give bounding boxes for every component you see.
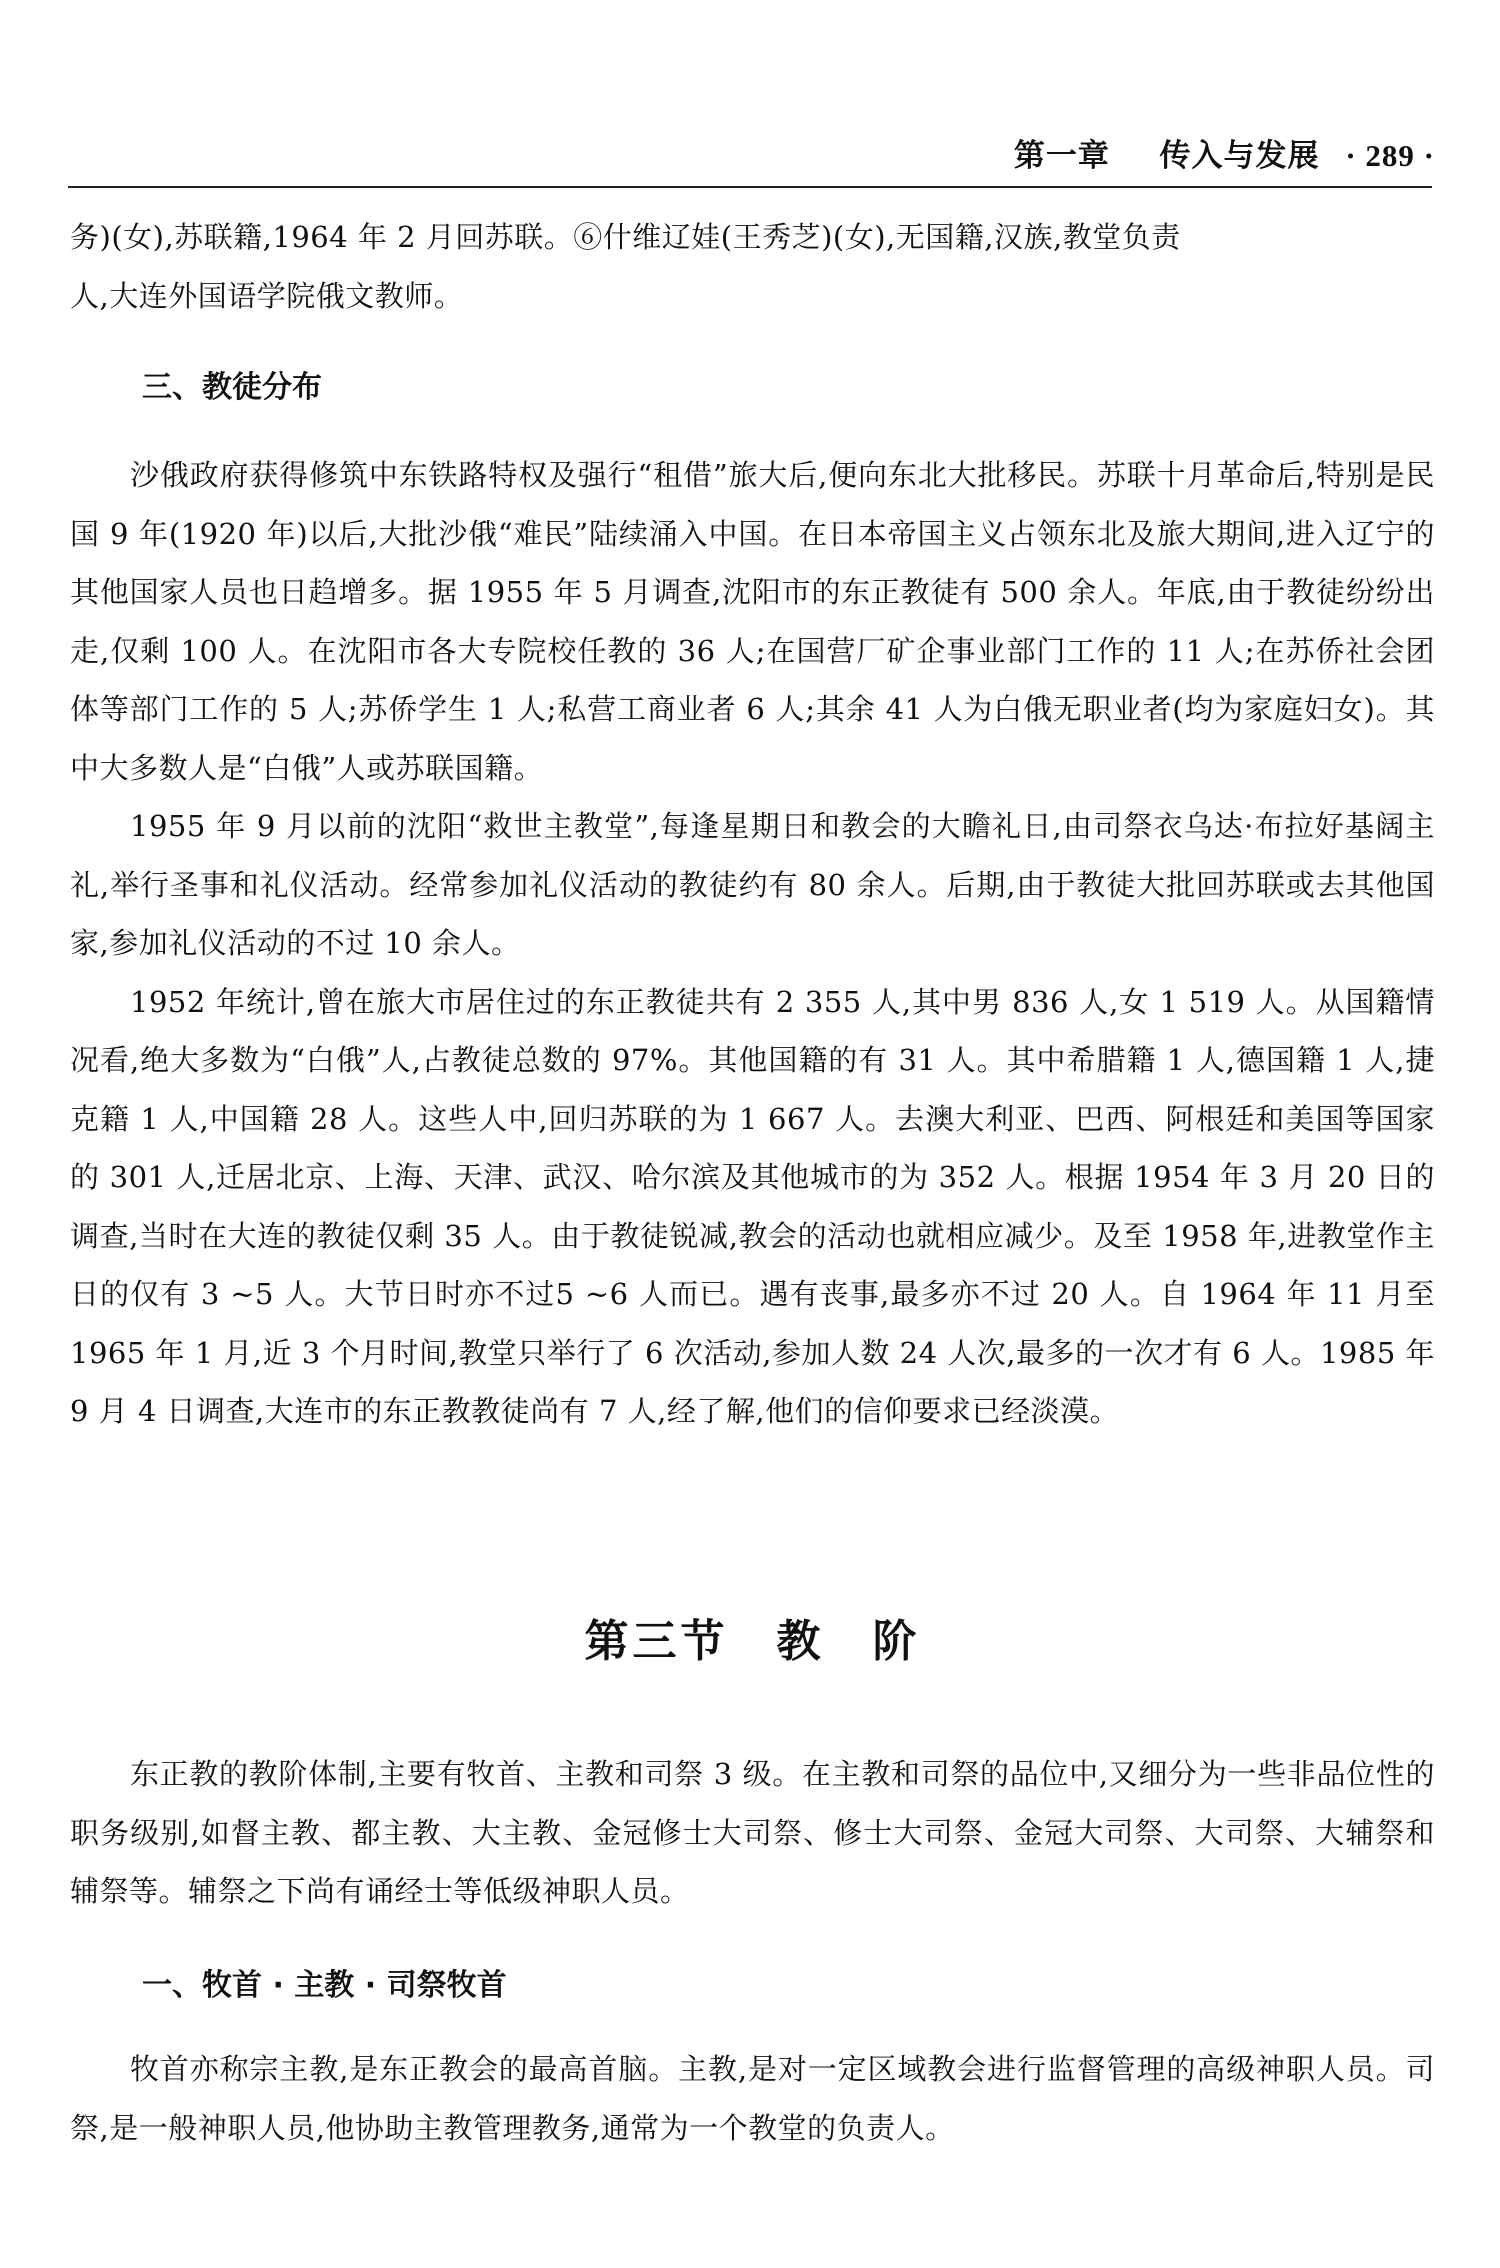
section-intro-paragraph: 东正教的教阶体制,主要有牧首、主教和司祭 3 级。在主教和司祭的品位中,又细分为… [70, 1745, 1435, 1921]
continued-line-1: 务)(女),苏联籍,1964 年 2 月回苏联。⑥什维辽娃(王秀芝)(女),无国… [70, 208, 1435, 267]
paragraph-2: 1955 年 9 月以前的沈阳“救世主教堂”,每逢星期日和教会的大瞻礼日,由司祭… [70, 797, 1435, 973]
section-title-word-2: 阶 [873, 1616, 921, 1667]
chapter-label: 第一章 [1014, 138, 1110, 174]
paragraph-1: 沙俄政府获得修筑中东铁路特权及强行“租借”旅大后,便向东北大批移民。苏联十月革命… [70, 446, 1435, 797]
continued-line-2: 人,大连外国语学院俄文教师。 [70, 267, 1435, 326]
hierarchy-paragraph: 牧首亦称宗主教,是东正教会的最高首脑。主教,是对一定区域教会进行监督管理的高级神… [70, 2040, 1435, 2157]
section-number: 第三节 [585, 1616, 729, 1667]
paragraph-3: 1952 年统计,曾在旅大市居住过的东正教徒共有 2 355 人,其中男 836… [70, 973, 1435, 1441]
subsection-body: 沙俄政府获得修筑中东铁路特权及强行“租借”旅大后,便向东北大批移民。苏联十月革命… [70, 446, 1435, 1441]
subsection-teaching-distribution: 三、教徒分布 [70, 362, 1435, 406]
subsection-hierarchy: 一、牧首 · 主教 · 司祭牧首 [70, 1960, 1435, 2004]
running-head: 第一章 传入与发展 · 289 · [1014, 130, 1435, 175]
continued-paragraph: 务)(女),苏联籍,1964 年 2 月回苏联。⑥什维辽娃(王秀芝)(女),无国… [70, 208, 1435, 325]
subsection-heading: 三、教徒分布 [70, 362, 1435, 406]
section-intro: 东正教的教阶体制,主要有牧首、主教和司祭 3 级。在主教和司祭的品位中,又细分为… [70, 1745, 1435, 1921]
subsection-hierarchy-body: 牧首亦称宗主教,是东正教会的最高首脑。主教,是对一定区域教会进行监督管理的高级神… [70, 2040, 1435, 2157]
page-number: · 289 · [1345, 138, 1435, 173]
section-heading: 第三节教阶 [70, 1605, 1435, 1669]
chapter-title: 传入与发展 [1160, 138, 1320, 174]
section-title: 第三节教阶 [70, 1605, 1435, 1669]
header-rule [68, 186, 1432, 188]
section-title-word-1: 教 [777, 1616, 825, 1667]
subsection-heading-hierarchy: 一、牧首 · 主教 · 司祭牧首 [70, 1960, 1435, 2004]
